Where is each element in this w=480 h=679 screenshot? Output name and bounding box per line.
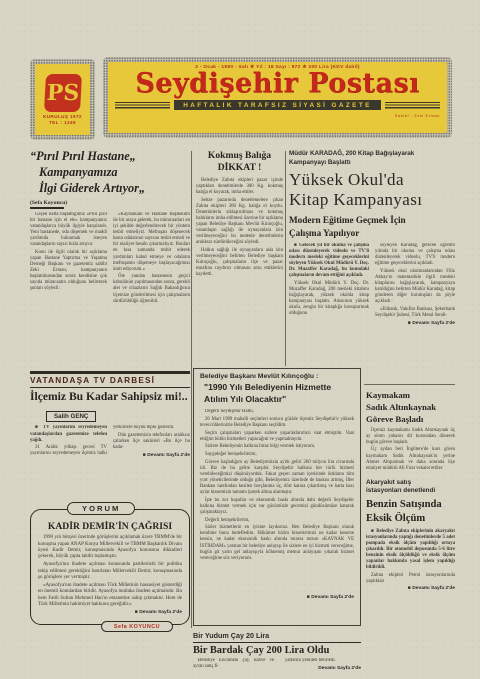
belediye-paragraph: İşte bu zor koşullar ve ekonomik baskı a…	[200, 498, 354, 516]
kaymakam-headline-line3: Göreve Başladı	[366, 414, 423, 424]
benzin-kicker: Akaryakıt satış istasyonları denetlendi	[366, 479, 455, 496]
kaymakam-headline: Kaymakam Sadık Altınkaynak Göreve Başlad…	[366, 390, 455, 426]
yorum-continued-note: ■ Devamı Sayfa 2'de	[38, 610, 182, 615]
cay-body: Belediye Encümeni çay, kahve ve ayran sa…	[193, 658, 361, 672]
yorum-body: 1990 yılı bütçesi üzerinde görüşlerini a…	[38, 535, 182, 608]
tv-paragraph: Dün gazetemizin telefonları aralıksız ça…	[113, 433, 190, 451]
balik-headline-line2: DİKKAT !	[218, 162, 262, 173]
owner-line: Sahibi : Zeki Erman	[115, 113, 440, 118]
hastane-paragraph: Geçen hafta başlattığımız «Pırıl pırıl b…	[30, 212, 107, 248]
kitap-continued-note: ■ Devamı Sayfa 2'de	[375, 321, 455, 327]
cay-continued-note: Devamı Sayfa 2'de	[280, 666, 361, 672]
tv-paragraph: ■ TV yayınlarını seyredemeyen vatandaşla…	[30, 425, 107, 443]
kitap-paragraph: «Etibank, Vakıflar Bankası, Şekerbank Se…	[375, 307, 455, 319]
hastane-headline-line1: “Pırıl Pırıl Hastane„	[30, 149, 136, 163]
column-divider-right	[285, 151, 286, 366]
benzin-headline: Benzin Satışında Eksik Ölçüm	[366, 498, 455, 526]
tv-byline-box: Salih GENÇ	[46, 411, 96, 422]
article-tv-darbesi: VATANDAŞA TV DARBESİ İlçemiz Bu Kadar Sa…	[30, 371, 190, 497]
belediye-headline-line2: Atılım Yılı Olacaktır"	[204, 394, 286, 404]
belediye-paragraph: Göreve başladığım ay Belediyemizin aylık…	[200, 460, 354, 496]
belediye-paragraph: 26 Mart 1989 mahalli seçimleri sonucu gü…	[200, 417, 354, 429]
kaymakam-paragraph: Üç aydan beri İngiltere'de kurs gören ka…	[366, 447, 455, 471]
hastane-headline-line2: Kampanyamıza	[30, 165, 190, 181]
cay-headline: Bir Bardak Çay 200 Lira Oldu	[193, 645, 361, 656]
kitap-subhead-line1: Modern Eğitime Geçmek İçin	[289, 215, 406, 225]
tv-top-rule	[30, 371, 190, 374]
balik-headline-line1: Kokmuş Balığa	[208, 150, 271, 161]
hastane-body: Geçen hafta başlattığımız «Pırıl pırıl b…	[30, 212, 190, 366]
benzin-kicker-line2: istasyonları denetlendi	[366, 487, 435, 494]
yorum-headline: KADİR DEMİR'İN ÇAĞRISI	[38, 521, 182, 532]
belediye-continued-note: ■ Devamı Sayfa 2'de	[200, 595, 354, 600]
balik-headline: Kokmuş Balığa DİKKAT !	[196, 150, 283, 175]
benzin-paragraph: Zabıta ekipleri Petrol istasyonlarında y…	[366, 573, 455, 585]
cay-paragraph: Belediye Encümeni çay, kahve ve ayran sa…	[193, 658, 274, 670]
tv-body: ■ TV yayınlarını seyredemeyen vatandaşla…	[30, 425, 190, 497]
article-cay-zammi: Bir Yudum Çay 20 Lira Bir Bardak Çay 200…	[193, 631, 361, 672]
kitap-kicker-line2: Kampanyayı Başlattı	[289, 159, 351, 166]
kitap-body: ■ Gelecek yıl bir okuma ve çalışma odası…	[289, 243, 455, 389]
kitap-subhead: Modern Eğitime Geçmek İçin Çalışma Yapıl…	[289, 214, 455, 239]
logo-phone-line: TEL : 1249	[49, 120, 76, 125]
kitap-headline: Yüksek Okul'da Kitap Kampanyası	[289, 170, 455, 211]
belediye-paragraph: Sizler hizmetlerin en iyisine layıksınız…	[200, 525, 354, 561]
kaymakam-body: İlçemiz kaymakamı Sadık Altınkaynak üç a…	[366, 428, 455, 472]
balik-paragraph: Belediye Zabıta ekipleri pazar içinde ya…	[196, 178, 283, 196]
kitap-headline-line1: Yüksek Okul'da	[289, 170, 404, 189]
belediye-paragraph: Değerli Seydişehir Halkı,	[200, 409, 354, 415]
masthead-box: 2 - Ocak - 1990 - Salı ★ Yıl : 18 Sayı :…	[103, 57, 452, 138]
kaymakam-headline-line2: Sadık Altınkaynak	[366, 402, 436, 412]
yorum-paragraph: Ayasofya'nın ibadete açılması konusunda …	[38, 562, 182, 581]
subtitle-right-rule	[385, 102, 440, 109]
kitap-paragraph: ■ Gelecek yıl bir okuma ve çalışma odası…	[289, 243, 369, 279]
article-hastane-kampanyasi: “Pırıl Pırıl Hastane„ Kampanyamıza İlgi …	[30, 149, 190, 625]
yorum-author-tab: Sefa KOYUNCU	[101, 621, 173, 632]
kitap-paragraph: Yüksek okul okutmanlarından Filiz Akbay'…	[375, 269, 455, 305]
logo-monogram-icon: PS	[44, 74, 82, 112]
kitap-headline-line2: Kitap Kampanyası	[289, 190, 422, 209]
tv-headline: İlçemiz Bu Kadar Sahipsiz mi!..	[30, 390, 190, 403]
balik-paragraph: Halkın sağlığı ile oynayanlara asla izin…	[196, 248, 283, 278]
article-belediye-mektup: Belediye Başkanı Mevlüt Kılınçoğlu : "19…	[193, 368, 361, 626]
benzin-continued-note: ■ Devamı Sayfa 2'de	[366, 586, 455, 592]
article-benzin: Akaryakıt satış istasyonları denetlendi …	[366, 479, 455, 593]
article-kaymakam: Kaymakam Sadık Altınkaynak Göreve Başlad…	[366, 390, 455, 594]
article-kitap-kampanyasi: Müdür KARADAĞ, 200 Kitap Bağışlayarak Ka…	[289, 150, 455, 389]
kitap-paragraph: söyleyen Karadağ, gelecek öğretim yılınd…	[375, 243, 455, 267]
benzin-kicker-line1: Akaryakıt satış	[366, 479, 411, 486]
yorum-paragraph: 1990 yılı bütçesi üzerinde görüşlerini a…	[38, 535, 182, 560]
belediye-body: Değerli Seydişehir Halkı, 26 Mart 1989 m…	[200, 409, 354, 595]
newspaper-front-page: PS KURULUŞ 1972 TEL : 1249 2 - Ocak - 19…	[0, 0, 480, 679]
subtitle-left-rule	[115, 102, 170, 109]
hastane-paragraph: Konu ile ilgili olarak bir açıklama yapa…	[30, 250, 107, 293]
benzin-body: ■ Belediye Zabıta ekiplerinin akaryakıt …	[366, 529, 455, 593]
kitap-kicker-line1: Müdür KARADAĞ, 200 Kitap Bağışlayarak	[289, 150, 414, 157]
hastane-headline-line3: İlgi Giderek Artıyor„	[30, 181, 190, 197]
belediye-paragraph: Sizlere Belediyenin halkına biraz bilgi …	[200, 444, 354, 450]
newspaper-logo-box: PS KURULUŞ 1972 TEL : 1249	[30, 59, 95, 140]
tv-continued-note: ■ Devamı Sayfa 2'de	[113, 453, 190, 459]
kitap-paragraph: Yüksek Okul Müdürü Y. Doç. Dr. Muzaffer …	[289, 281, 369, 317]
hastane-paragraph: «Kaymakam ve Hastane Başhekimi ile bir a…	[113, 212, 190, 273]
hastane-headline: “Pırıl Pırıl Hastane„ Kampanyamıza İlgi …	[30, 149, 190, 197]
balik-body: Belediye Zabıta ekipleri pazar içinde ya…	[196, 178, 283, 278]
yorum-tab-label: YORUM	[67, 502, 135, 515]
hastane-byline: (Sefa Koyuncu)	[30, 200, 190, 206]
kaymakam-paragraph: İlçemiz kaymakamı Sadık Altınkaynak üç a…	[366, 428, 455, 446]
tv-mid-rule	[30, 387, 190, 388]
newspaper-title: Seydişehir Postası	[115, 70, 440, 98]
cay-kicker: Bir Yudum Çay 20 Lira	[193, 631, 361, 643]
logo-founded-line: KURULUŞ 1972	[43, 114, 82, 119]
tv-kicker: VATANDAŞA TV DARBESİ	[30, 376, 190, 385]
yorum-paragraph: «Ayasofya'nın ibadete açılması Türk Mill…	[38, 583, 182, 608]
kitap-subhead-line2: Çalışma Yapılıyor	[289, 228, 359, 238]
belediye-paragraph: Değerli hemşehrilerim,	[200, 518, 354, 524]
newspaper-subtitle: HAFTALIK TARAFSIZ SİYASİ GAZETE	[174, 100, 381, 110]
belediye-paragraph: Seçim çalışmaları yaparken sizlere yapac…	[200, 431, 354, 443]
balik-paragraph: Sebze pazarında denetlemelere çıkan Zabı…	[196, 198, 283, 247]
column-divider-left	[191, 151, 192, 628]
belediye-paragraph: Saygıdeğer hemşehrilerim,	[200, 452, 354, 458]
benzin-headline-line2: Eksik Ölçüm	[366, 513, 425, 524]
cay-paragraph: yatlarını yeniden belirledi.	[280, 658, 361, 664]
kitap-kicker: Müdür KARADAĞ, 200 Kitap Bağışlayarak Ka…	[289, 150, 455, 168]
kaymakam-headline-line1: Kaymakam	[366, 390, 410, 400]
article-kokmus-balik: Kokmuş Balığa DİKKAT ! Belediye Zabıta e…	[196, 150, 283, 280]
benzin-paragraph: ■ Belediye Zabıta ekiplerinin akaryakıt …	[366, 529, 455, 572]
masthead-subtitle-row: HAFTALIK TARAFSIZ SİYASİ GAZETE	[115, 100, 440, 110]
benzin-headline-line1: Benzin Satışında	[366, 499, 442, 510]
yorum-commentary-box: YORUM KADİR DEMİR'İN ÇAĞRISI 1990 yılı b…	[30, 509, 190, 625]
hastane-paragraph: Öte yandan hastanenin geçici kabulünün y…	[113, 274, 190, 304]
byline-rule	[30, 207, 64, 209]
